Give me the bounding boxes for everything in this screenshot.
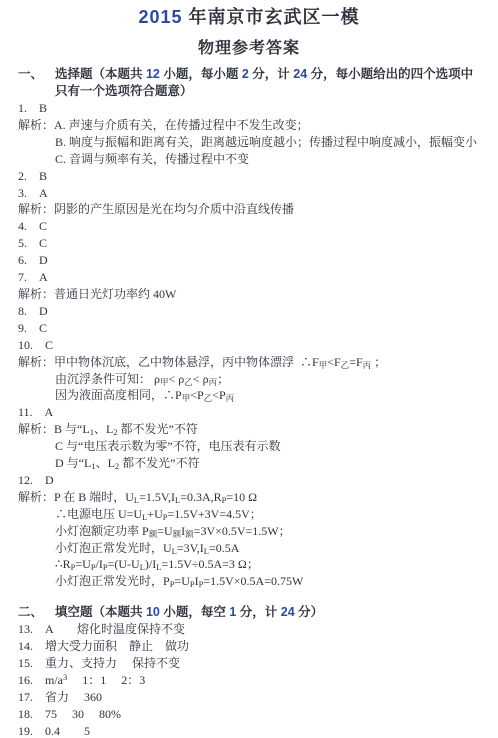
text-segment: =0.3A,R <box>180 490 221 504</box>
analysis-line: 小灯泡额定功率 P额=U额I额=3V×0.5V=1.5W； <box>55 523 480 540</box>
text-segment: 2015 <box>138 7 182 27</box>
text-segment: 5. C <box>18 236 47 250</box>
answer-line: 6. D <box>18 252 480 269</box>
text-segment: 3. A <box>18 186 48 200</box>
section-heading-text: 选择题（本题共 12 小题，每小题 2 分，计 24 分，每小题给出的四个选项中… <box>55 66 480 100</box>
text-segment: 8. D <box>18 304 48 318</box>
text-segment: =1.5V+3V=4.5V； <box>167 507 261 521</box>
answer-line: 11. A <box>18 404 480 421</box>
analysis-label: 解析： <box>18 490 54 504</box>
answer-line: 19. 0.4 5 <box>18 723 480 738</box>
section-heading-text: 填空题（本题共 10 小题，每空 1 分，计 24 分） <box>55 604 480 621</box>
answer-line: 8. D <box>18 303 480 320</box>
text-segment: =1.5V×0.5A=0.75W <box>203 574 303 588</box>
text-segment: B. 响度与振幅和距离有关，距离越远响度越小；传播过程中响度减小，振幅变小 <box>55 135 477 149</box>
answer-line: 14. 增大受力面积 静止 做功 <box>18 638 480 655</box>
text-segment: 阴影的产生原因是光在均匀介质中沿直线传播 <box>54 202 294 216</box>
text-segment: =1.5V÷0.5A=3 Ω； <box>161 557 258 571</box>
analysis-label: 解析： <box>18 118 54 132</box>
text-segment: 13. A 熔化时温度保持不变 <box>18 622 185 636</box>
sub-text: 丙 <box>363 360 372 370</box>
sub-text: 额 <box>149 529 158 539</box>
text-segment: < ρ <box>193 372 209 386</box>
text-segment: 4. C <box>18 219 47 233</box>
text-segment: 填空题（本题共 <box>55 605 146 619</box>
answer-line: 15. 重力、支持力 保持不变 <box>18 655 480 672</box>
text-segment: 由沉浮条件可知： ρ <box>55 372 160 386</box>
analysis-block: 解析：B 与“L1、L2 都不发光”不符C 与“电压表示数为零”不符，电压表有示… <box>18 421 480 472</box>
text-segment: 分） <box>295 605 323 619</box>
text-segment: 2 <box>242 67 249 81</box>
analysis-block: 解析：甲中物体沉底，乙中物体悬浮，丙中物体漂浮 ∴F甲<F乙=F丙 ；由沉浮条件… <box>18 354 480 405</box>
answer-line: 5. C <box>18 235 480 252</box>
text-segment: =(U-U <box>108 557 140 571</box>
answer-line: 9. C <box>18 320 480 337</box>
text-segment: 分，计 <box>249 67 293 81</box>
text-segment: =1.5V,I <box>139 490 175 504</box>
text-segment: 都不发光”不符 <box>118 422 198 436</box>
sub-text: 乙 <box>341 360 350 370</box>
text-segment: 18. 75 30 80% <box>18 707 121 721</box>
text-segment: =U <box>157 524 172 538</box>
text-segment: 9. C <box>18 321 47 335</box>
text-segment: A. 声速与介质有关，在传播过程中不发生改变； <box>54 118 309 132</box>
answer-line: 2. B <box>18 168 480 185</box>
analysis-line: 因为液面高度相同，∴P甲<P乙<P丙 <box>55 387 480 404</box>
sub-text: 甲 <box>160 377 169 387</box>
exam-answer-document: 2015 年南京市玄武区一模 物理参考答案 一、选择题（本题共 12 小题，每小… <box>0 0 498 738</box>
sub-text: 丙 <box>226 393 235 403</box>
answer-line: 16. m/a3 1：1 2：3 <box>18 672 480 689</box>
text-segment: 6. D <box>18 253 48 267</box>
answer-line: 13. A 熔化时温度保持不变 <box>18 621 480 638</box>
text-segment: 小灯泡正常发光时，P <box>55 574 170 588</box>
analysis-block: 解析：P 在 B 端时，UL=1.5V,IL=0.3A,RP=10 Ω∴电源电压… <box>18 489 480 590</box>
section-heading: 一、选择题（本题共 12 小题，每小题 2 分，计 24 分，每小题给出的四个选… <box>18 66 480 100</box>
text-segment: ∴R <box>55 557 71 571</box>
text-segment: =3V,I <box>177 541 204 555</box>
doc-title: 2015 年南京市玄武区一模 <box>18 5 480 29</box>
text-segment: =U <box>75 557 90 571</box>
analysis-label: 解析： <box>18 355 54 369</box>
text-segment: =F <box>349 355 362 369</box>
analysis-line: C. 音调与频率有关，传播过程中不变 <box>55 151 480 168</box>
text-segment: D 与“L <box>55 456 91 470</box>
analysis-block: 解析：A. 声速与介质有关，在传播过程中不发生改变；B. 响度与振幅和距离有关，… <box>18 117 480 168</box>
text-segment: <P <box>190 388 203 402</box>
analysis-line: C 与“电压表示数为零”不符，电压表有示数 <box>55 438 480 455</box>
analysis-block: 解析：普通日光灯功率约 40W <box>18 286 480 303</box>
text-segment: 都不发光”不符 <box>119 456 199 470</box>
analysis-line: 小灯泡正常发光时，UL=3V,IL=0.5A <box>55 540 480 557</box>
text-segment: 19. 0.4 5 <box>18 724 90 738</box>
text-segment: ∴电源电压 U=U <box>55 507 142 521</box>
text-segment: C 与“电压表示数为零”不符，电压表有示数 <box>55 439 281 453</box>
answer-line: 7. A <box>18 269 480 286</box>
section-label: 二、 <box>18 604 55 621</box>
text-segment: 2. B <box>18 169 47 183</box>
answer-line: 3. A <box>18 185 480 202</box>
analysis-line: 小灯泡正常发光时，PP=UPIP=1.5V×0.5A=0.75W <box>55 573 480 590</box>
answer-line: 1. B <box>18 100 480 117</box>
text-segment: 10. C <box>18 338 53 352</box>
sub-text: 乙 <box>204 393 213 403</box>
analysis-line: 解析：A. 声速与介质有关，在传播过程中不发生改变； <box>55 117 480 134</box>
analysis-line: B. 响度与振幅和距离有关，距离越远响度越小；传播过程中响度减小，振幅变小 <box>55 134 480 151</box>
text-segment: 年南京市玄武区一模 <box>183 7 360 27</box>
analysis-line: ∴电源电压 U=UL+UP=1.5V+3V=4.5V； <box>55 506 480 523</box>
text-segment: 甲中物体沉底，乙中物体悬浮，丙中物体漂浮 ∴F <box>54 355 319 369</box>
sub-text: 乙 <box>184 377 193 387</box>
text-segment: 24 <box>281 605 295 619</box>
text-segment: 选择题（本题共 <box>55 67 146 81</box>
section-label: 一、 <box>18 66 55 100</box>
text-segment: B 与“L <box>54 422 90 436</box>
text-segment: 12. D <box>18 473 54 487</box>
text-segment: /I <box>96 557 103 571</box>
text-segment: 7. A <box>18 270 48 284</box>
analysis-line: 由沉浮条件可知： ρ甲< ρ乙< ρ丙； <box>55 371 480 388</box>
section-heading: 二、填空题（本题共 10 小题，每空 1 分，计 24 分） <box>18 604 480 621</box>
text-segment: 小题，每小题 <box>160 67 242 81</box>
analysis-label: 解析： <box>18 422 54 436</box>
analysis-line: D 与“L1、L2 都不发光”不符 <box>55 455 480 472</box>
text-segment: 小题，每空 <box>160 605 229 619</box>
text-segment: 1：1 2：3 <box>67 673 145 687</box>
text-segment: =3V×0.5V=1.5W； <box>194 524 291 538</box>
text-segment: 因为液面高度相同，∴P <box>55 388 182 402</box>
text-segment: 15. 重力、支持力 保持不变 <box>18 656 180 670</box>
text-segment: 10 <box>146 605 160 619</box>
text-segment: 24 <box>293 67 307 81</box>
text-segment: P 在 B 端时，U <box>54 490 134 504</box>
analysis-line: ∴RP=UP/IP=(U-UL)/IL=1.5V÷0.5A=3 Ω； <box>55 556 480 573</box>
sub-text: 额 <box>173 529 182 539</box>
text-segment: 、L <box>96 456 115 470</box>
text-segment: <P <box>212 388 225 402</box>
analysis-line: 解析：阴影的产生原因是光在均匀介质中沿直线传播 <box>55 201 480 218</box>
text-segment: 1. B <box>18 101 47 115</box>
text-segment: 14. 增大受力面积 静止 做功 <box>18 639 189 653</box>
text-segment: 分，计 <box>236 605 280 619</box>
text-segment: < ρ <box>169 372 185 386</box>
text-segment: =U <box>174 574 189 588</box>
answer-line: 18. 75 30 80% <box>18 706 480 723</box>
text-segment: 16. m/a <box>18 673 63 687</box>
sub-text: 甲 <box>319 360 328 370</box>
text-segment: )/I <box>145 557 156 571</box>
text-segment: 小灯泡额定功率 P <box>55 524 149 538</box>
text-segment: ； <box>371 355 386 369</box>
text-segment: =10 Ω <box>226 490 257 504</box>
analysis-line: 解析：P 在 B 端时，UL=1.5V,IL=0.3A,RP=10 Ω <box>55 489 480 506</box>
sub-text: 额 <box>185 529 194 539</box>
text-segment: 小灯泡正常发光时，U <box>55 541 172 555</box>
analysis-label: 解析： <box>18 287 54 301</box>
answer-line: 4. C <box>18 218 480 235</box>
text-segment: +U <box>147 507 162 521</box>
analysis-block: 解析：阴影的产生原因是光在均匀介质中沿直线传播 <box>18 201 480 218</box>
sub-text: 甲 <box>182 393 191 403</box>
answer-line: 12. D <box>18 472 480 489</box>
text-segment: =0.5A <box>209 541 239 555</box>
analysis-line: 解析：普通日光灯功率约 40W <box>55 286 480 303</box>
doc-body: 一、选择题（本题共 12 小题，每小题 2 分，计 24 分，每小题给出的四个选… <box>18 66 480 738</box>
text-segment: <F <box>327 355 340 369</box>
text-segment: 、L <box>94 422 113 436</box>
text-segment: 普通日光灯功率约 40W <box>54 287 176 301</box>
doc-subtitle: 物理参考答案 <box>18 38 480 59</box>
text-segment: C. 音调与频率有关，传播过程中不变 <box>55 152 249 166</box>
answer-line: 10. C <box>18 337 480 354</box>
analysis-line: 解析：B 与“L1、L2 都不发光”不符 <box>55 421 480 438</box>
sub-text: 丙 <box>209 377 218 387</box>
text-segment: 17. 省力 360 <box>18 690 102 704</box>
analysis-line: 解析：甲中物体沉底，乙中物体悬浮，丙中物体漂浮 ∴F甲<F乙=F丙 ； <box>55 354 480 371</box>
answer-line: 17. 省力 360 <box>18 689 480 706</box>
text-segment: ； <box>217 372 229 386</box>
analysis-label: 解析： <box>18 202 54 216</box>
text-segment: 11. A <box>18 405 53 419</box>
text-segment: 12 <box>146 67 160 81</box>
